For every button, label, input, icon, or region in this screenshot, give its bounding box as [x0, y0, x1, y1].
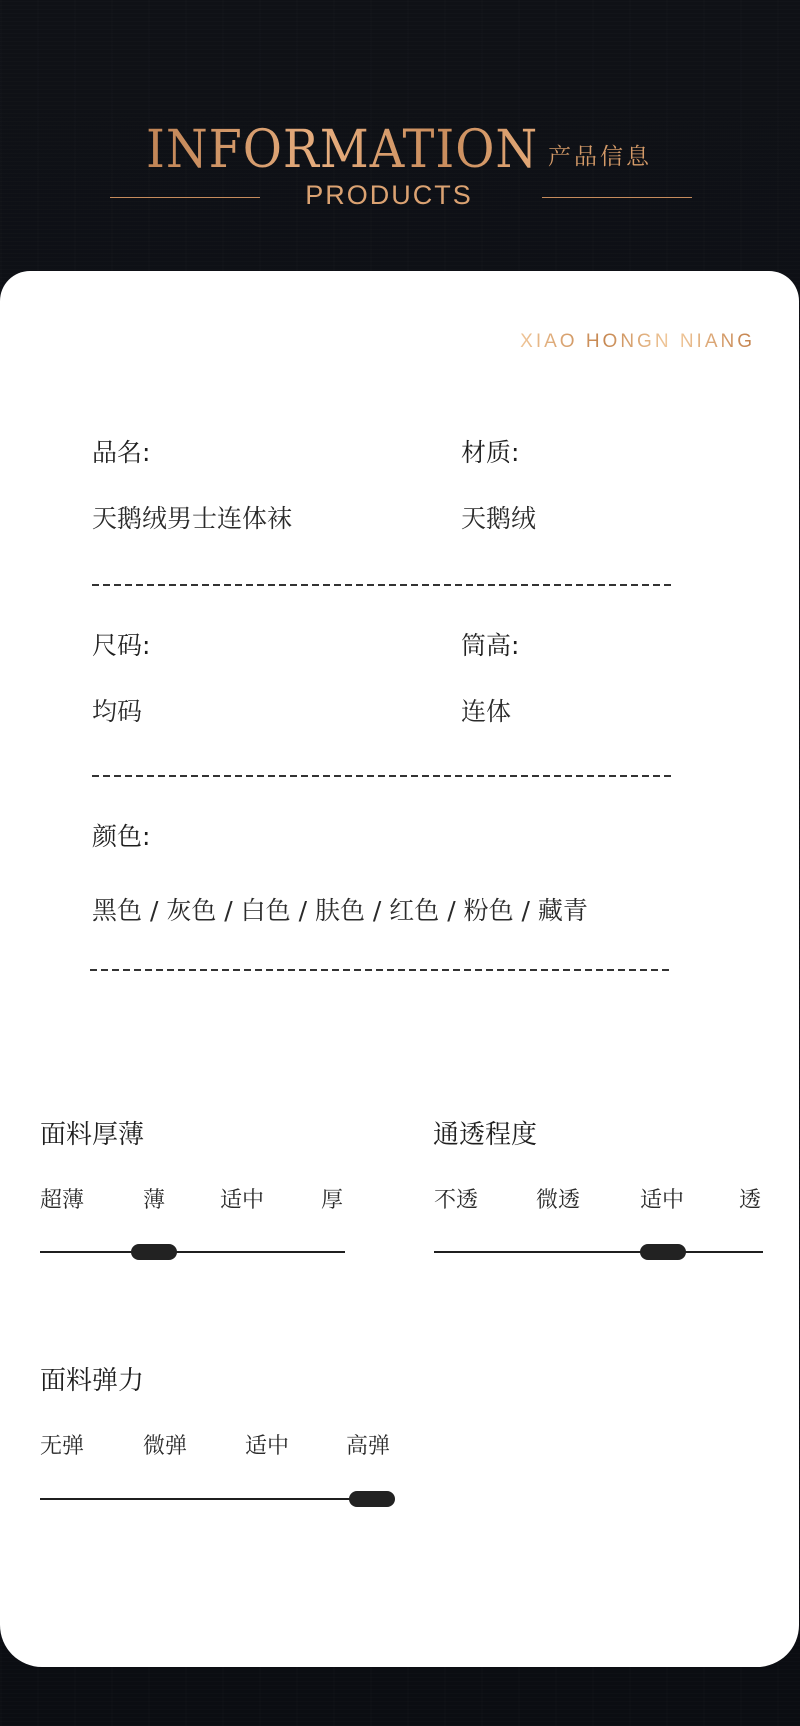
title-chinese: 产品信息 [548, 143, 652, 171]
field-label: 材质: [461, 437, 536, 469]
meter-option: 微弹 [143, 1433, 187, 1461]
meter-option: 适中 [245, 1433, 289, 1461]
title-english: INFORMATION [146, 118, 538, 182]
dashed-divider [92, 775, 672, 777]
meter-option: 适中 [220, 1187, 264, 1215]
field-label: 筒高: [461, 630, 519, 662]
meter-options: 无弹 微弹 适中 高弹 [40, 1433, 400, 1463]
meter-thumb [349, 1491, 395, 1507]
meter-options: 超薄 薄 适中 厚 [40, 1187, 360, 1217]
meter-option: 透 [739, 1187, 761, 1215]
product-info-card: XIAO HONGN NIANG 品名: 天鹅绒男士连体袜 材质: 天鹅绒 尺码… [0, 271, 799, 1667]
field-value: 天鹅绒 [461, 503, 536, 535]
meter-option: 厚 [321, 1187, 343, 1215]
meter-option: 无弹 [40, 1433, 84, 1461]
meter-title: 面料厚薄 [40, 1119, 360, 1151]
meter-option: 微透 [536, 1187, 580, 1215]
meter-option: 不透 [434, 1187, 478, 1215]
page-header: INFORMATION 产品信息 PRODUCTS [0, 0, 800, 272]
meter-option: 薄 [143, 1187, 165, 1215]
meter-title: 通透程度 [433, 1119, 773, 1151]
field-leg-height: 筒高: 连体 [461, 630, 519, 728]
dashed-divider [90, 969, 670, 971]
field-value: 天鹅绒男士连体袜 [92, 503, 292, 535]
field-label: 品名: [92, 437, 292, 469]
field-value: 均码 [92, 696, 150, 728]
meter-thumb [131, 1244, 177, 1260]
meter-fabric-thickness: 面料厚薄 超薄 薄 适中 厚 [40, 1119, 360, 1217]
meter-option: 高弹 [346, 1433, 390, 1461]
meter-options: 不透 微透 适中 透 [433, 1187, 773, 1217]
meter-transparency: 通透程度 不透 微透 适中 透 [433, 1119, 773, 1217]
field-label: 尺码: [92, 630, 150, 662]
field-value: 连体 [461, 696, 519, 728]
field-product-name: 品名: 天鹅绒男士连体袜 [92, 437, 292, 535]
decorative-rule-right [542, 197, 692, 198]
meter-thumb [640, 1244, 686, 1260]
meter-track [40, 1498, 350, 1500]
field-label: 颜色: [92, 821, 588, 853]
meter-fabric-elasticity: 面料弹力 无弹 微弹 适中 高弹 [40, 1365, 400, 1463]
field-material: 材质: 天鹅绒 [461, 437, 536, 535]
field-color: 颜色: 黑色 / 灰色 / 白色 / 肤色 / 红色 / 粉色 / 藏青 [92, 821, 588, 927]
field-size: 尺码: 均码 [92, 630, 150, 728]
meter-track [434, 1251, 763, 1253]
meter-option: 超薄 [40, 1187, 84, 1215]
subtitle: PRODUCTS [0, 178, 778, 212]
meter-title: 面料弹力 [40, 1365, 400, 1397]
field-value: 黑色 / 灰色 / 白色 / 肤色 / 红色 / 粉色 / 藏青 [92, 895, 588, 927]
brand-name: XIAO HONGN NIANG [520, 330, 755, 354]
meter-track [40, 1251, 345, 1253]
dashed-divider [92, 584, 672, 586]
meter-option: 适中 [640, 1187, 684, 1215]
